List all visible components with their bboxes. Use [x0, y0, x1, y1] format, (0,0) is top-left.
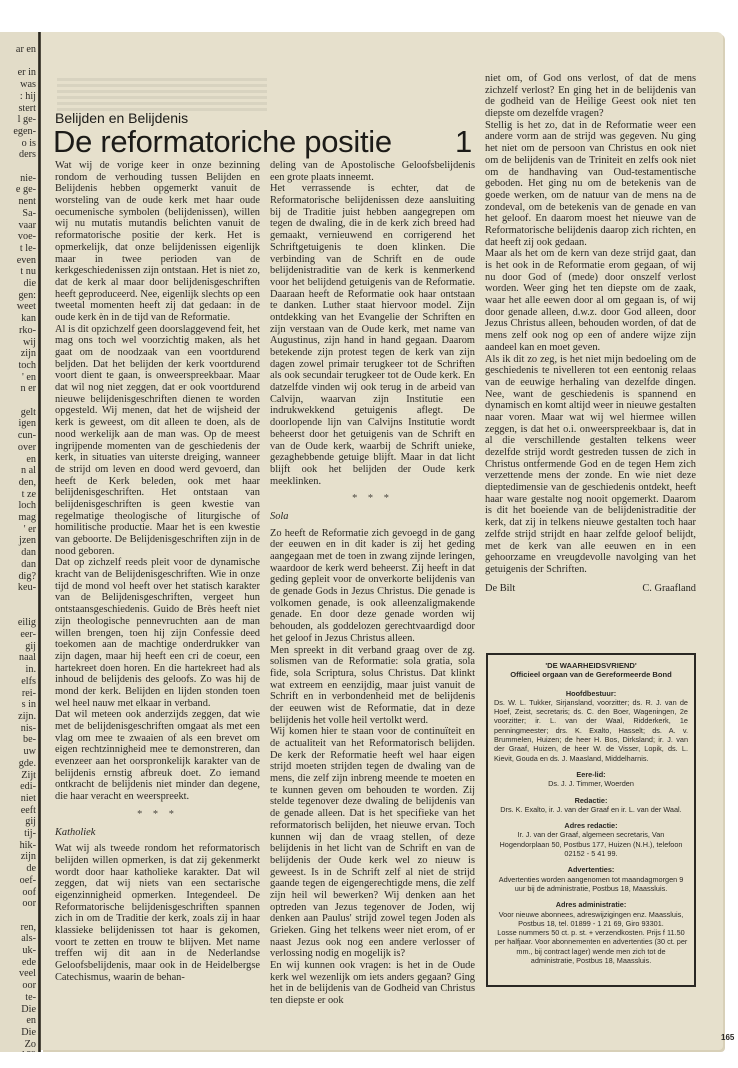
- facing-page-fragment-line: elfs: [13, 676, 36, 688]
- article-column-1: Wat wij de vorige keer in onze bezinning…: [55, 160, 260, 983]
- facing-page-fragment-line: [13, 395, 36, 407]
- facing-page-fragment-line: oor: [13, 898, 36, 910]
- facing-page-fragment-line: oof: [13, 887, 36, 899]
- facing-page-text-fragments: ar ener inwas: hijstertl ge-egen-o isder…: [13, 44, 36, 1052]
- bleed-through-text: [57, 78, 267, 114]
- facing-page-fragment-line: dig?: [13, 571, 36, 583]
- facing-page-fragment-line: even: [13, 255, 36, 267]
- facing-page-fragment-line: keu-: [13, 582, 36, 594]
- article-column-3: niet om, of God ons verlost, of dat de m…: [485, 73, 696, 594]
- facing-page-fragment-line: uk-: [13, 945, 36, 957]
- facing-page-fragment-line: als-: [13, 933, 36, 945]
- facing-page-fragment: ar ener inwas: hijstertl ge-egen-o isder…: [0, 32, 38, 1052]
- facing-page-fragment-line: rei-: [13, 688, 36, 700]
- facing-page-fragment-line: Zo: [13, 1039, 36, 1051]
- facing-page-fragment-line: , 169: [13, 1050, 36, 1052]
- facing-page-fragment-line: die: [13, 278, 36, 290]
- paragraph: Als ik dit zo zeg, is het niet mijn bedo…: [485, 354, 696, 576]
- page-number: 165: [721, 1033, 734, 1042]
- facing-page-fragment-line: ' er: [13, 524, 36, 536]
- paragraph: Dat op zichzelf reeds pleit voor de dyna…: [55, 557, 260, 709]
- colophon-advertising: Advertenties worden aangenomen tot maand…: [494, 875, 688, 894]
- article-column-2: deling van de Apostolische Geloofsbelijd…: [270, 160, 475, 1007]
- section-separator: * * *: [55, 809, 260, 821]
- paragraph: En wij kunnen ook vragen: is het in de O…: [270, 960, 475, 1007]
- colophon-heading-advertising: Advertenties:: [494, 865, 688, 874]
- facing-page-fragment-line: de: [13, 863, 36, 875]
- facing-page-fragment-line: hik-: [13, 840, 36, 852]
- section-heading-katholiek: Katholiek: [55, 827, 260, 839]
- article-headline: De reformatoriche positie: [53, 124, 473, 160]
- colophon-heading-administration: Adres administratie:: [494, 900, 688, 909]
- facing-page-fragment-line: niet: [13, 793, 36, 805]
- facing-page-fragment-line: uw: [13, 746, 36, 758]
- paragraph: Dat wil meteen ook anderzijds zeggen, da…: [55, 709, 260, 803]
- facing-page-fragment-line: rko-: [13, 325, 36, 337]
- article-signature: De Bilt C. Graafland: [485, 583, 696, 595]
- colophon-honorary-member: Ds. J. J. Timmer, Woerden: [494, 779, 688, 788]
- facing-page-fragment-line: oor: [13, 980, 36, 992]
- paragraph: Wat wij als tweede rondom het reformator…: [55, 843, 260, 983]
- facing-page-fragment-line: over: [13, 442, 36, 454]
- colophon-box: 'DE WAARHEIDSVRIEND' Officieel orgaan va…: [486, 653, 696, 987]
- colophon-administration: Voor nieuwe abonnees, adreswijzigingen e…: [494, 910, 688, 929]
- facing-page-fragment-line: ders: [13, 149, 36, 161]
- signature-place: De Bilt: [485, 583, 515, 595]
- facing-page-fragment-line: en: [13, 1015, 36, 1027]
- facing-page-fragment-line: nis-: [13, 723, 36, 735]
- facing-page-fragment-line: o is: [13, 138, 36, 150]
- facing-page-fragment-line: dan: [13, 559, 36, 571]
- facing-page-fragment-line: wij: [13, 337, 36, 349]
- facing-page-fragment-line: den,: [13, 477, 36, 489]
- paragraph: Het verrassende is echter, dat de Reform…: [270, 183, 475, 487]
- facing-page-fragment-line: Die: [13, 1004, 36, 1016]
- facing-page-fragment-line: zijn.: [13, 711, 36, 723]
- facing-page-fragment-line: egen-: [13, 126, 36, 138]
- facing-page-fragment-line: Die: [13, 1027, 36, 1039]
- article-part-number: 1: [455, 124, 472, 160]
- facing-page-fragment-line: mag: [13, 512, 36, 524]
- facing-page-fragment-line: ede: [13, 957, 36, 969]
- facing-page-fragment-line: edi-: [13, 781, 36, 793]
- facing-page-fragment-line: t ze: [13, 489, 36, 501]
- facing-page-fragment-line: [13, 910, 36, 922]
- facing-page-fragment-line: jzen: [13, 535, 36, 547]
- paragraph: niet om, of God ons verlost, of dat de m…: [485, 73, 696, 120]
- facing-page-fragment-line: oef-: [13, 875, 36, 887]
- paragraph: Maar als het om de kern van deze strijd …: [485, 248, 696, 353]
- facing-page-fragment-line: nent: [13, 196, 36, 208]
- facing-page-fragment-line: dan: [13, 547, 36, 559]
- facing-page-fragment-line: n al: [13, 465, 36, 477]
- facing-page-fragment-line: gij: [13, 816, 36, 828]
- facing-page-fragment-line: kan: [13, 313, 36, 325]
- facing-page-fragment-line: Sa-: [13, 208, 36, 220]
- colophon-pricing: Losse nummers 50 ct. p. st. + verzendkos…: [494, 928, 688, 965]
- facing-page-fragment-line: igen: [13, 418, 36, 430]
- facing-page-fragment-line: vaar: [13, 220, 36, 232]
- facing-page-fragment-line: [13, 161, 36, 173]
- facing-page-fragment-line: loch: [13, 500, 36, 512]
- colophon-editorial-address: Ir. J. van der Graaf, algemeen secretari…: [494, 830, 688, 858]
- facing-page-fragment-line: t le-: [13, 243, 36, 255]
- facing-page-fragment-line: zijn: [13, 348, 36, 360]
- facing-page-fragment-line: [13, 594, 36, 606]
- section-separator: * * *: [270, 493, 475, 505]
- signature-author: C. Graafland: [642, 583, 696, 595]
- colophon-heading-honorary: Eere-lid:: [494, 770, 688, 779]
- facing-page-fragment-line: ' en: [13, 372, 36, 384]
- section-heading-sola: Sola: [270, 511, 475, 523]
- facing-page-fragment-line: weet: [13, 301, 36, 313]
- facing-page-fragment-line: n er: [13, 383, 36, 395]
- paragraph: Stellig is het zo, dat in de Reformatie …: [485, 120, 696, 249]
- facing-page-fragment-line: voe-: [13, 231, 36, 243]
- facing-page-fragment-line: veel: [13, 968, 36, 980]
- facing-page-fragment-line: l ge-: [13, 114, 36, 126]
- facing-page-fragment-line: gde.: [13, 758, 36, 770]
- facing-page-fragment-line: ren,: [13, 922, 36, 934]
- facing-page-fragment-line: be-: [13, 734, 36, 746]
- colophon-board-members: Ds. W. L. Tukker, Sirjansland, voorzitte…: [494, 698, 688, 763]
- paragraph: deling van de Apostolische Geloofsbelijd…: [270, 160, 475, 183]
- paragraph: Men spreekt in dit verband graag over de…: [270, 645, 475, 727]
- facing-page-fragment-line: [13, 606, 36, 618]
- paragraph: Wij komen hier te staan voor de continuï…: [270, 726, 475, 960]
- colophon-editors: Drs. K. Exalto, ir. J. van der Graaf en …: [494, 805, 688, 814]
- facing-page-fragment-line: eer-: [13, 629, 36, 641]
- facing-page-fragment-line: tij-: [13, 828, 36, 840]
- facing-page-fragment-line: gij: [13, 641, 36, 653]
- facing-page-fragment-line: Zijt: [13, 770, 36, 782]
- facing-page-fragment-line: gen:: [13, 290, 36, 302]
- colophon-heading-board: Hoofdbestuur:: [494, 689, 688, 698]
- facing-page-fragment-line: eilig: [13, 617, 36, 629]
- magazine-page: Belijden en Belijdenis De reformatoriche…: [41, 32, 723, 1050]
- facing-page-fragment-line: cun-: [13, 430, 36, 442]
- colophon-subtitle: Officieel orgaan van de Gereformeerde Bo…: [494, 670, 688, 679]
- facing-page-fragment-line: er in: [13, 67, 36, 79]
- facing-page-fragment-line: stert: [13, 103, 36, 115]
- facing-page-fragment-line: zijn: [13, 851, 36, 863]
- colophon-heading-editorial-address: Adres redactie:: [494, 821, 688, 830]
- facing-page-fragment-line: e ge-: [13, 184, 36, 196]
- facing-page-fragment-line: t nu: [13, 266, 36, 278]
- facing-page-fragment-line: [13, 56, 36, 68]
- facing-page-fragment-line: eeft: [13, 805, 36, 817]
- paragraph: Wat wij de vorige keer in onze bezinning…: [55, 160, 260, 324]
- colophon-title: 'DE WAARHEIDSVRIEND': [494, 661, 688, 670]
- facing-page-fragment-line: nie-: [13, 173, 36, 185]
- paragraph: Zo heeft de Reformatie zich gevoegd in d…: [270, 528, 475, 645]
- facing-page-fragment-line: naal: [13, 652, 36, 664]
- facing-page-fragment-line: was: [13, 79, 36, 91]
- paragraph: Al is dit opzichzelf geen doorslaggevend…: [55, 324, 260, 558]
- colophon-heading-editors: Redactie:: [494, 796, 688, 805]
- facing-page-fragment-line: : hij: [13, 91, 36, 103]
- facing-page-fragment-line: s in: [13, 699, 36, 711]
- facing-page-fragment-line: toch: [13, 360, 36, 372]
- facing-page-fragment-line: gelt: [13, 407, 36, 419]
- facing-page-fragment-line: te-: [13, 992, 36, 1004]
- facing-page-fragment-line: in.: [13, 664, 36, 676]
- facing-page-fragment-line: en: [13, 454, 36, 466]
- facing-page-fragment-line: ar en: [13, 44, 36, 56]
